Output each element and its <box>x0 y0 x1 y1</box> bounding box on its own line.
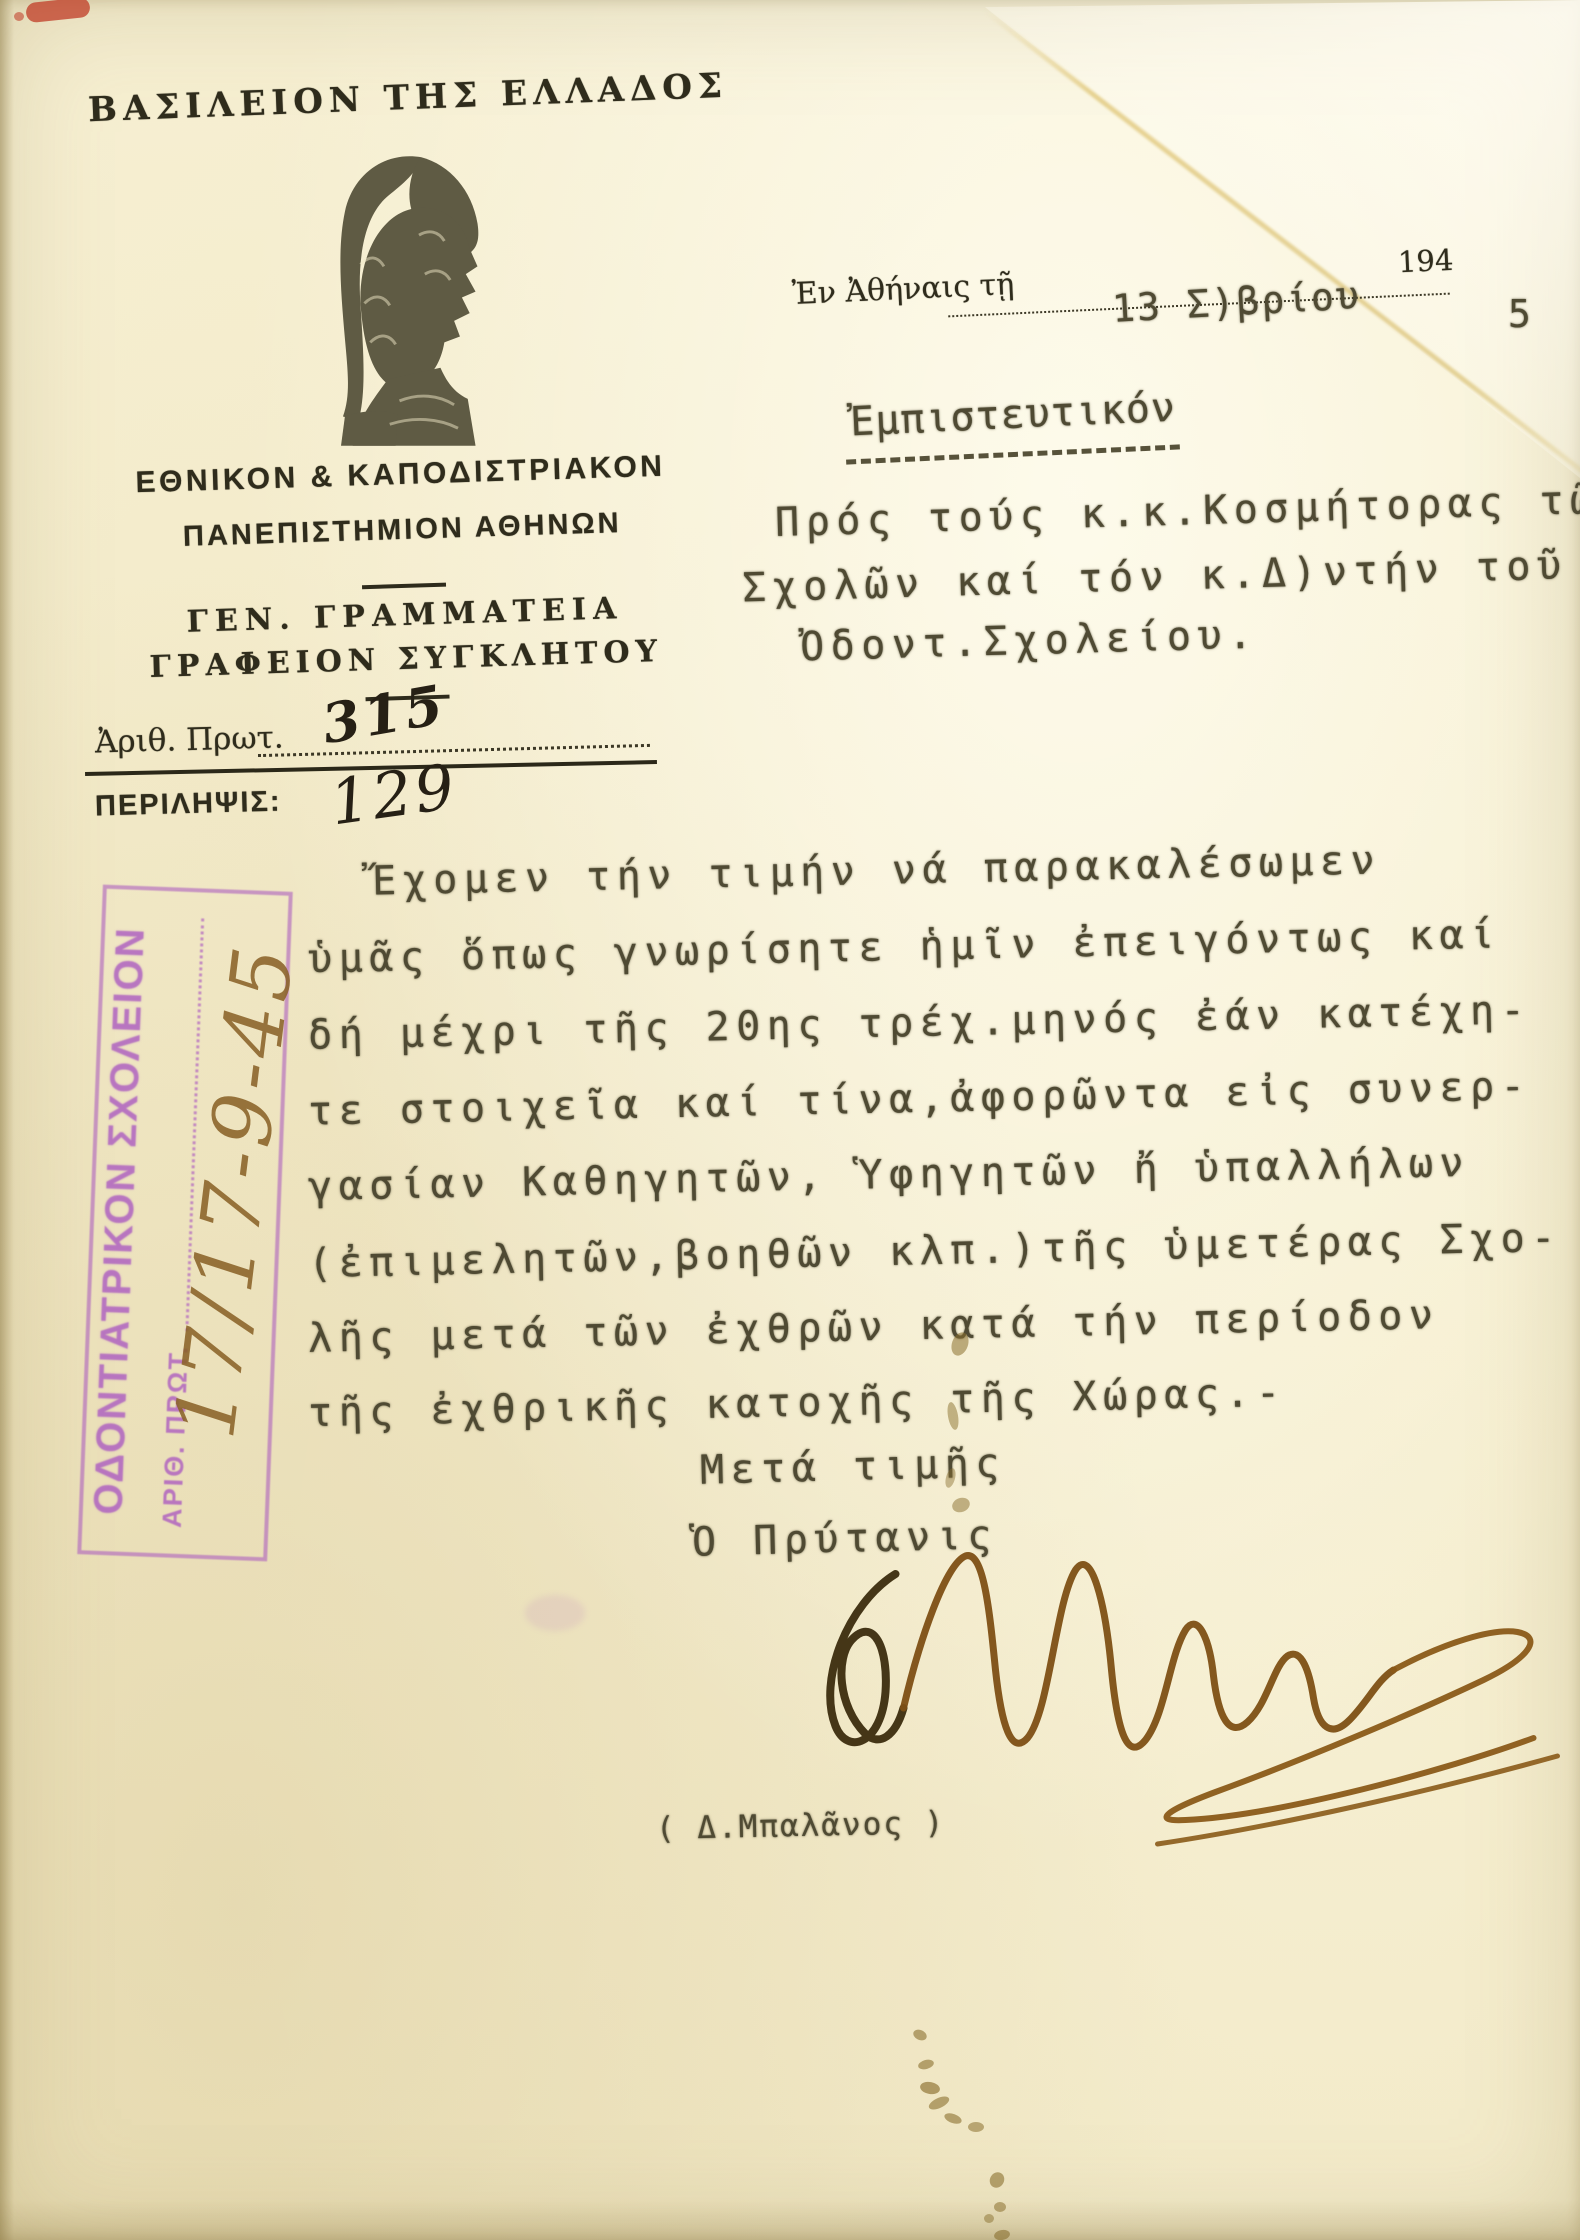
body-line: γασίαν Καθηγητῶν, Ὑφηγητῶν ἤ ὑπαλλήλων <box>308 1140 1471 1210</box>
protocol-dotted-line <box>258 743 650 757</box>
purple-smudge <box>525 1595 585 1631</box>
ink-mark <box>919 2080 941 2095</box>
classification-underline <box>846 444 1180 464</box>
ink-mark <box>950 1495 972 1514</box>
letterhead: ΕΘΝΙΚΟΝ & ΚΑΠΟΔΙΣΤΡΙΑΚΟΝ ΠΑΝΕΠΙΣΤΗΜΙΟΝ Α… <box>90 448 710 467</box>
closing-salutation: Μετά τιμῆς <box>699 1440 1006 1493</box>
protocol-number-label: Ἀριθ. Πρωτ. <box>95 720 285 761</box>
red-corner-mark <box>25 0 91 23</box>
org-name-line2: ΠΑΝΕΠΙΣΤΗΜΙΟΝ ΑΘΗΝΩΝ <box>92 504 713 556</box>
ink-mark <box>912 2028 929 2043</box>
scanned-letter-page: ΒΑΣΙΛΕΙΟΝ ΤΗΣ ΕΛΛΑΔΟΣ ΕΘΝΙΚΟΝ & ΚΑΠΟΔΙΣΤ… <box>0 0 1580 2240</box>
classification-heading: Ἐμπιστευτικόν <box>849 385 1177 446</box>
ink-mark <box>917 2058 935 2071</box>
bottom-edge-shadow <box>0 2200 1580 2240</box>
body-line: λῆς μετά τῶν ἐχθρῶν κατά τήν περίοδον <box>308 1292 1440 1362</box>
ink-mark <box>987 2170 1007 2191</box>
dateline-typed-year-digit: 5 <box>1508 292 1531 336</box>
ink-mark <box>927 2094 951 2112</box>
dateline-typed-date: 13 Σ)βρίου <box>1111 273 1362 331</box>
stamp-school-name: ΟΔΟΝΤΙΑΤΡΙΚΟΝ ΣΧΟΛΕΙΟΝ <box>85 895 155 1546</box>
athena-emblem-icon <box>302 146 497 451</box>
summary-label: ΠΕΡΙΛΗΨΙΣ: <box>95 786 282 824</box>
body-line: (ἐπιμελητῶν,βοηθῶν κλπ.)τῆς ὑμετέρας Σχο… <box>308 1215 1563 1287</box>
summary-value: 129 <box>326 749 462 839</box>
protocol-number-value: 315 <box>317 672 451 757</box>
recipient-line: Σχολῶν καί τόν κ.Δ)ντήν τοῦ <box>742 542 1569 611</box>
kingdom-title: ΒΑΣΙΛΕΙΟΝ ΤΗΣ ΕΛΛΑΔΟΣ <box>87 66 728 131</box>
body-line: τῆς ἐχθρικῆς κατοχῆς τῆς Χώρας.- <box>308 1370 1287 1436</box>
signer-name-typed: ( Δ.Μπαλᾶνος ) <box>656 1805 946 1847</box>
dateline-place-label: Ἐν Ἀθήναις τῇ <box>791 267 1015 312</box>
body-line: δή μέχρι τῆς 20ης τρέχ.μηνός ἐάν κατέχη- <box>308 987 1532 1059</box>
recipient-line: Ὀδοντ.Σχολείου. <box>799 612 1259 671</box>
recipient-line: Πρός τούς κ.κ.Κοσμήτορας τῶν <box>775 476 1580 546</box>
letterhead-divider <box>362 583 446 590</box>
ink-mark <box>943 2111 963 2126</box>
dateline-printed-year: 194 <box>1397 243 1454 279</box>
body-line: Ἔχομεν τήν τιμήν νά παρακαλέσωμεν <box>372 837 1382 904</box>
body-line: ὑμᾶς ὅπως γνωρίσητε ἡμῖν ἐπειγόντως καί <box>308 912 1501 983</box>
ink-mark <box>968 2122 984 2132</box>
red-corner-dot <box>14 12 24 21</box>
org-name-line1: ΕΘΝΙΚΟΝ & ΚΑΠΟΔΙΣΤΡΙΑΚΟΝ <box>90 448 711 501</box>
body-line: τε στοιχεῖα καί τίνα,ἀφορῶντα εἰς συνερ- <box>308 1063 1532 1135</box>
left-edge-shadow <box>0 0 14 2240</box>
